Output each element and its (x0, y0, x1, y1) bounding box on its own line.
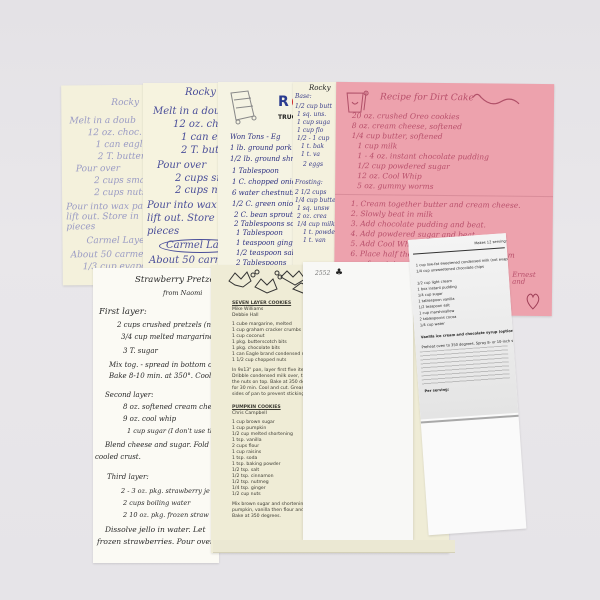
recipe-line: lift out. Store in (66, 213, 139, 223)
section-label: Base: (295, 94, 312, 100)
strawberry-pretzel-recipe-paper: Strawberry Pretzel Sa from Naomi First l… (93, 268, 219, 563)
recipe-line: 1 sq. uns. (297, 112, 326, 118)
recipe-line: 1 pkg. chocolate bits (232, 346, 280, 351)
recipe-line: 2 - 3 oz. pkg. strawberry je (121, 488, 210, 495)
recipe-line: 1 cup milk (358, 142, 398, 150)
recipe-line: sides of pan to prevent sticking. (232, 392, 306, 397)
recipe-line: 1 cube margarine, melted (232, 322, 292, 327)
recipe-line: 1 t. van (303, 238, 326, 244)
recipe-line: 1/4 tsp. ginger (232, 486, 266, 491)
recipe-line: 3 T. sugar (123, 348, 158, 355)
recipe-line: 1 cup flo (297, 128, 323, 134)
recipe-line: 1 tsp. soda (232, 456, 257, 461)
recipe-line: 1 1/2 cup chopped nuts (232, 358, 286, 363)
recipe-line: 1/2 tsp. nutmeg (232, 480, 269, 485)
recipe-line: 1 tsp. vanilla (232, 438, 262, 443)
recipe-line: 2 1/2 cups (295, 190, 326, 196)
recipe-line: 1 can Eagle brand condensed milk (232, 352, 311, 357)
recipe-line: 1/2 tsp. salt (232, 468, 259, 473)
recipe-line: 2 eggs (303, 162, 323, 168)
recipe-line: 12 oz. choc. c (88, 129, 150, 139)
recipe-line: pieces (66, 223, 95, 232)
recipe-line: 1/2 cup powdered sugar (357, 162, 449, 170)
recipe-title: Rocky (111, 99, 139, 108)
recipe-line: 1 C. chopped onio (232, 179, 296, 186)
recipe-title: Recipe for Dirt Cake (380, 92, 474, 103)
recipe-line: pumpkin, vanilla then flour and spi (232, 508, 312, 513)
recipe-line: 1 teaspoon ginger (236, 240, 300, 247)
recipe-line: pieces (147, 227, 179, 237)
recipe-line: Mix tog. - spread in bottom of (109, 362, 215, 369)
recipe-line: 1 t. va (301, 152, 320, 158)
recipe-line: 2 cups boiling water (123, 500, 190, 507)
recipe-line: 2 cups nuts. (94, 189, 149, 198)
recipe-line: 1 cup coconut (232, 334, 265, 339)
recipe-line: for 30 min. Cool and cut. Grease (232, 386, 307, 391)
recipe-line: Carmel Layer (86, 237, 148, 247)
recipe-title: Rocky (309, 85, 331, 92)
recipe-line: 20 oz. crushed Oreo cookies (352, 112, 460, 121)
recipe-line: 2 C. bean sprouts (234, 212, 296, 219)
recipe-title: PUMPKIN COOKIES (232, 405, 281, 410)
recipe-line: Blend cheese and sugar. Fold (c (105, 442, 218, 449)
printed-recipe-clipping: Makes 12 servings 1 cup low-fat sweetene… (408, 233, 526, 535)
recipe-step: 1. Cream together butter and cream chees… (351, 200, 521, 209)
recipe-line: 2 10 oz. pkg. frozen straw (123, 512, 209, 519)
recipe-line: 1 cup sugar (I don't use th (127, 428, 214, 435)
recipe-line: Bake at 350 degrees. (232, 514, 281, 519)
recipe-line: Melt in a doub (69, 117, 135, 127)
recipe-line: In 9x13" pan, layer first five items. (232, 368, 312, 373)
handwritten-mark: 2552 (315, 270, 330, 277)
recipe-line: 5 oz. gummy worms (357, 182, 433, 190)
recipe-line: Melt in a doub (153, 107, 227, 117)
recipe-step: 2. Slowly beat in milk (351, 210, 433, 218)
section-label: Third layer: (107, 474, 149, 481)
recipe-line: 1 cup raisins (232, 450, 261, 455)
recipe-title: Strawberry Pretzel Sa (135, 276, 219, 285)
recipe-line: 1 Tablespoon (236, 230, 283, 237)
recipe-step: 5. Add Cool Whip (350, 240, 416, 248)
recipe-line: 1 cup brown sugar (232, 420, 275, 425)
recipe-line: 1/2 lb. ground shrim (230, 156, 303, 163)
recipe-line: 2 cups crushed pretzels (not (117, 322, 218, 329)
worm-icon (471, 89, 521, 114)
company-logo: R (278, 94, 289, 110)
signature: Ernest and (512, 272, 548, 286)
recipe-line: 8 oz. softened cream cheese (123, 404, 219, 411)
recipe-line: 1/4 cup butter, softened (352, 132, 443, 140)
recipe-source: from Naomi (163, 290, 202, 297)
recipe-step: 3. Add chocolate pudding and beat. (351, 220, 486, 229)
recipe-title: Rocky (185, 88, 216, 98)
recipe-line: frozen strawberries. Pour over (97, 538, 214, 546)
recipe-line: 2 cups sma (94, 177, 145, 186)
holly-leaves-icon (225, 267, 315, 297)
recipe-line: 1 can eagl (96, 141, 143, 150)
recipe-line: lift out. Store in (147, 214, 228, 224)
recipe-line: Bake 8-10 min. at 350°. Cool. (109, 373, 213, 380)
recipe-line: Dribble condensed milk over, then (232, 374, 311, 379)
recipe-line: 1 tsp. baking powder (232, 462, 280, 467)
recipe-line: 1/4 cup butter (295, 198, 338, 204)
fold-line (335, 194, 553, 197)
recipe-line: 1/2 cup nuts (232, 492, 261, 497)
blank-white-folder: 2552 ♣ (303, 262, 413, 540)
recipe-line: cooled crust. (95, 454, 141, 461)
recipe-line: Pour over (76, 165, 120, 174)
recipe-line: About 50 carmels (71, 251, 151, 261)
recipe-line: 1 pkg. butterscotch bits (232, 340, 287, 345)
recipe-line: 1 lb. ground pork (230, 145, 292, 152)
recipe-author: Mike Williams (232, 307, 263, 312)
body-text-block (420, 345, 510, 385)
recipe-line: 1/2 cup butt (295, 104, 332, 110)
recipe-line: 1 - 4 oz. instant chocolate pudding (357, 152, 489, 161)
recipe-line: 1 Tablespoon (232, 168, 279, 175)
paper-stack-edge (213, 540, 455, 553)
recipe-line: Won Tons - Eg (230, 134, 281, 141)
recipe-line: Pour over (157, 161, 206, 171)
hand-truck-icon (226, 88, 266, 128)
recipe-line: 1/2 tsp. cinnamon (232, 474, 274, 479)
recipe-line: 2 oz. crea (297, 214, 327, 220)
recipe-line: 1 cup graham cracker crumbs (232, 328, 301, 333)
recipe-line: 1/2 - 1 cup (297, 136, 329, 142)
recipe-line: 1 cup suga (297, 120, 330, 126)
recipe-line: 1/2 teaspoon salt (236, 250, 297, 257)
section-label: First layer: (99, 308, 147, 317)
recipe-line: 1/2 cup melted shortening (232, 432, 293, 437)
recipe-line: Pour into wax pape (66, 203, 154, 213)
section-label: Second layer: (105, 392, 154, 399)
recipe-line: 1 cup pumpkin (232, 426, 266, 431)
stamp-icon: ♣ (335, 268, 343, 278)
section-label: Frosting: (295, 180, 323, 186)
recipe-line: 12 oz. Cool Whip (357, 172, 422, 180)
recipe-line: 9 oz. cool whip (123, 416, 176, 423)
heart-doodle-icon (524, 289, 542, 311)
recipe-line: 3/4 cup melted margarine (121, 334, 213, 341)
recipe-line: 8 oz. cream cheese, softened (352, 122, 462, 131)
recipe-line: 1 sq. unsw (297, 206, 329, 212)
recipe-line: Dissolve jello in water. Let (105, 526, 205, 534)
recipe-title: SEVEN LAYER COOKIES (232, 301, 291, 306)
recipe-author: Chris Campbell (232, 411, 267, 416)
recipe-line: 2 cups flour (232, 444, 259, 449)
recipe-line: 2 Tablespoons soy (234, 221, 298, 228)
recipe-line: 1/2 C. green onio (232, 201, 293, 208)
recipe-line: 1/4 cup milk (297, 222, 335, 228)
recipe-line: 2 T. butter (98, 153, 145, 162)
recipe-author: Debbie Hall (232, 313, 259, 318)
recipe-line: 1 t. bak (301, 144, 324, 150)
recipe-line: 6 water chestnuts (232, 190, 296, 197)
